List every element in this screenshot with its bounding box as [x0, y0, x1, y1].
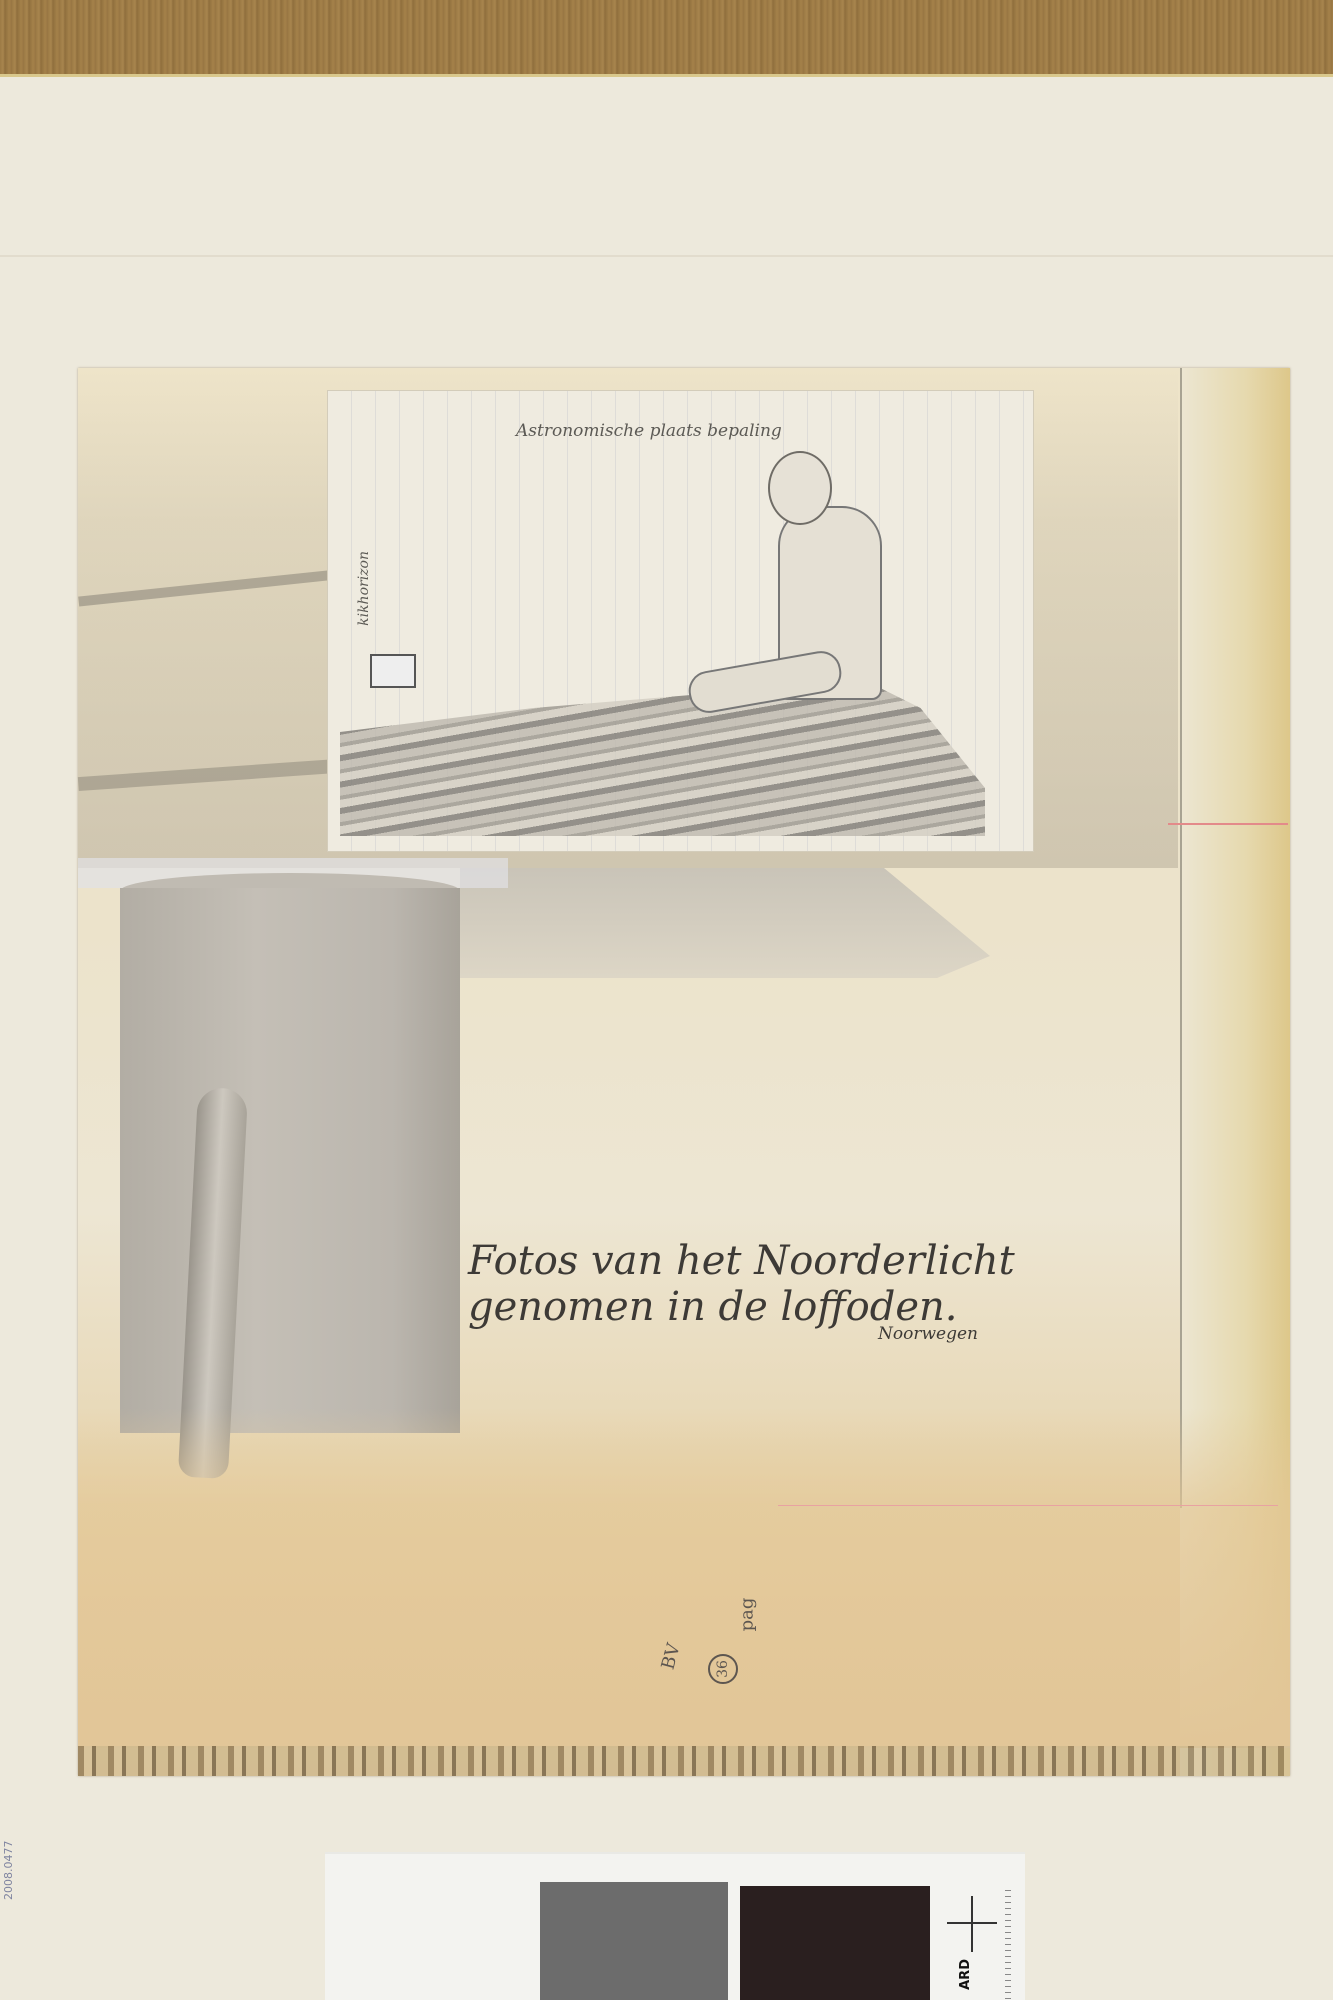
- page-note: pag: [736, 1598, 757, 1632]
- crosshair-icon: [971, 1896, 973, 1952]
- water-stain: [78, 1408, 1290, 1748]
- accession-number: 2008.0477: [2, 1800, 16, 1900]
- pencil-tray-shape: [460, 868, 990, 978]
- card-label: ARD: [958, 1959, 973, 1990]
- red-pencil-mark: [1168, 823, 1288, 825]
- inset-side-label: kikhorizon: [356, 551, 372, 626]
- mat-fold-line: [0, 255, 1333, 257]
- pencil-column: [120, 888, 460, 1433]
- torn-newspaper-edge: [78, 1746, 1290, 1776]
- rocky-ground: [340, 676, 985, 836]
- inset-drawing: Astronomische plaats bepaling kikhorizon: [327, 390, 1034, 852]
- red-pencil-mark: [778, 1505, 1278, 1506]
- handwritten-caption: Fotos van het Noorderlicht genomen in de…: [468, 1238, 1015, 1344]
- caption-line-3: Noorwegen: [878, 1324, 1015, 1344]
- caption-line-1: Fotos van het Noorderlicht: [468, 1238, 1015, 1284]
- ruler-scale: [1005, 1890, 1011, 2000]
- inset-title: Astronomische plaats bepaling: [516, 421, 782, 441]
- wooden-frame-edge: [0, 0, 1333, 74]
- circled-number: 36: [708, 1654, 738, 1684]
- instrument-box: [370, 654, 416, 688]
- color-calibration-card: ARD: [325, 1852, 1025, 2000]
- grey-patch: [540, 1882, 728, 2000]
- drawing-sheet: Astronomische plaats bepaling kikhorizon…: [78, 368, 1290, 1776]
- vertical-ruled-line: [1180, 368, 1182, 1508]
- black-patch: [740, 1886, 930, 2000]
- figure-head: [768, 451, 832, 525]
- crosshair-icon: [947, 1922, 997, 1924]
